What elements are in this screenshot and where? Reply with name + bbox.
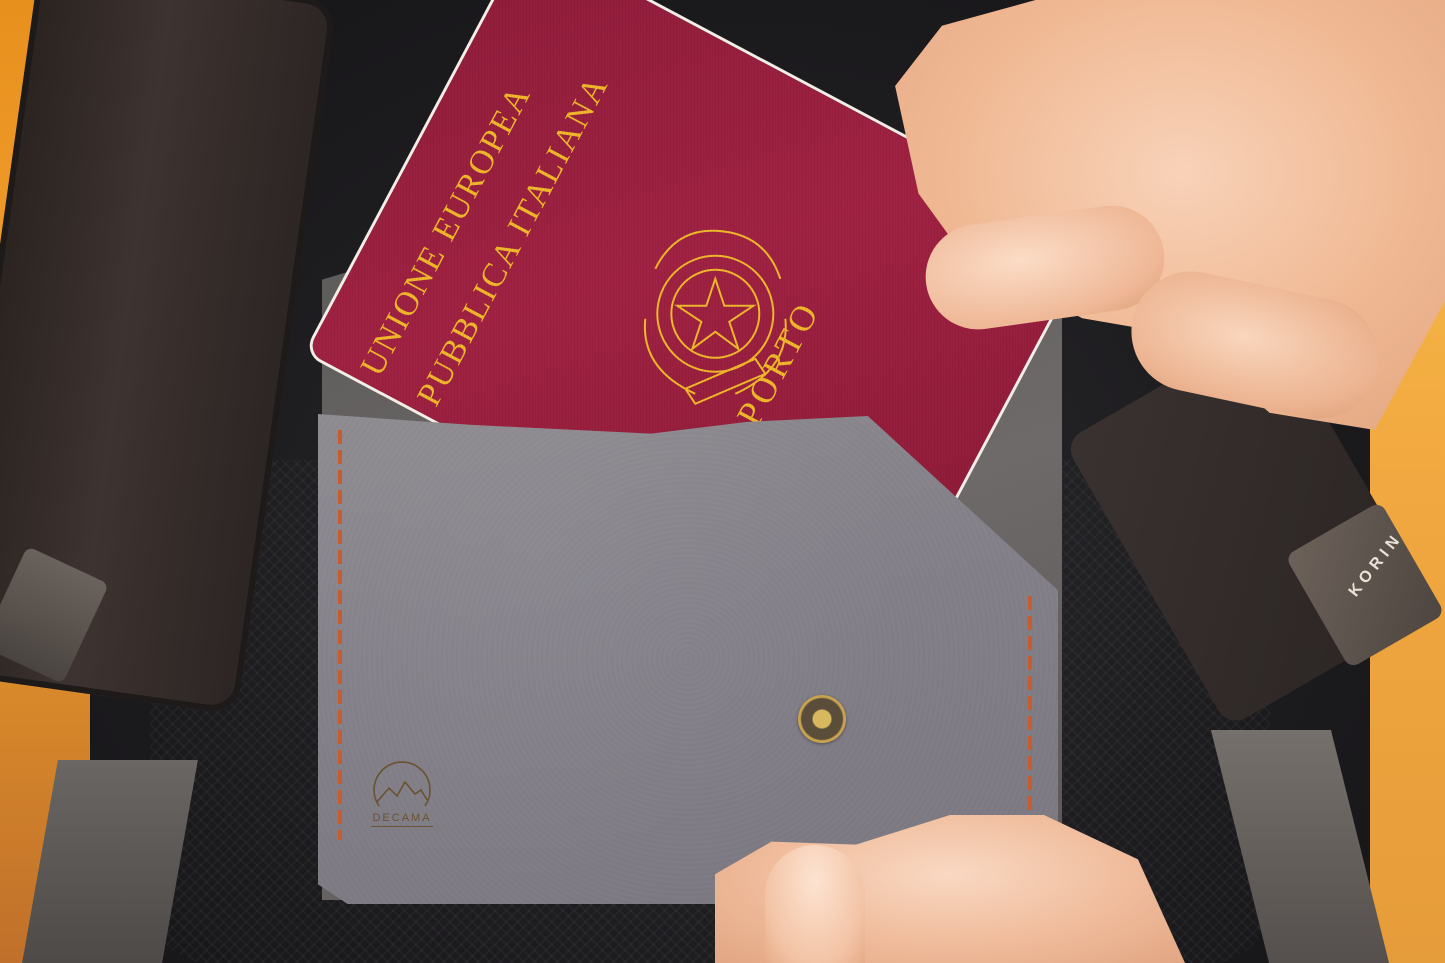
wallet-brand-name: DECAMA [362, 812, 442, 824]
snap-button [798, 695, 846, 743]
lower-thumb [765, 845, 865, 963]
wallet-stitching-left [338, 430, 342, 840]
logo-underline [371, 826, 433, 827]
passport-republic-text: PUBBLICA ITALIANA [410, 69, 617, 412]
wallet-brand-logo: DECAMA [362, 758, 442, 848]
mountain-circle-logo-icon [367, 758, 437, 810]
italian-emblem-icon [615, 209, 815, 409]
photo-scene: KORIN UNIONE EUROPEA PUBBLICA ITALIANA S… [0, 0, 1445, 963]
